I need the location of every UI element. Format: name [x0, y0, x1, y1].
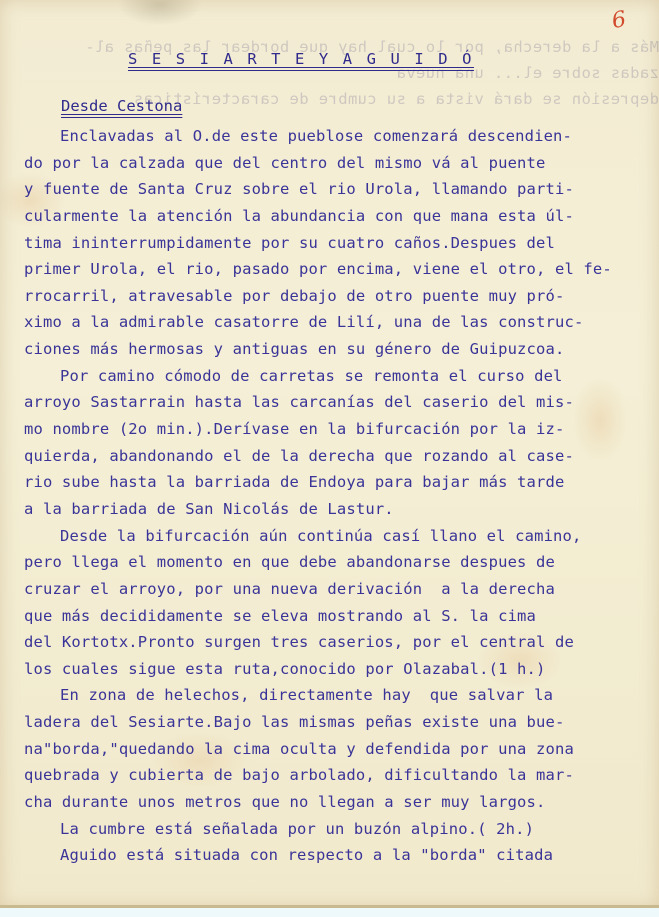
text-line: a la barriada de San Nicolás de Lastur.	[24, 496, 654, 523]
text-line: do por la calzada que del centro del mis…	[24, 150, 654, 177]
text-line: Por camino cómodo de carretas se remonta…	[24, 363, 654, 390]
text-line: rrocarril, atravesable por debajo de otr…	[24, 283, 654, 310]
page-number-mark: 6	[610, 7, 628, 34]
text-line: rio sube hasta la barriada de Endoya par…	[24, 469, 654, 496]
body-text: Enclavadas al O.de este pueblose comenza…	[24, 123, 654, 869]
text-line: y fuente de Santa Cruz sobre el rio Urol…	[24, 176, 654, 203]
text-line: que más decididamente se eleva mostrando…	[24, 603, 654, 630]
text-line: na"borda,"quedando la cima oculta y defe…	[24, 736, 654, 763]
text-line: tima ininterrumpidamente por su cuatro c…	[24, 230, 654, 257]
text-line: En zona de helechos, directamente hay qu…	[24, 682, 654, 709]
text-line: La cumbre está señalada por un buzón alp…	[24, 816, 654, 843]
text-line: quierda, abandonando el de la derecha qu…	[24, 443, 654, 470]
text-line: ximo a la admirable casatorre de Lilí, u…	[24, 309, 654, 336]
text-line: Enclavadas al O.de este pueblose comenza…	[24, 123, 654, 150]
section-heading: Desde Cestona	[61, 97, 182, 115]
page-title: S E S I A R T E Y A G U I D Ó	[128, 50, 474, 68]
text-line: primer Urola, el rio, pasado por encima,…	[24, 256, 654, 283]
text-line: arroyo Sastarrain hasta las carcanías de…	[24, 389, 654, 416]
text-line: ciones más hermosas y antiguas en su gén…	[24, 336, 654, 363]
text-line: pero llega el momento en que debe abando…	[24, 549, 654, 576]
text-line: quebrada y cubierta de bajo arbolado, di…	[24, 762, 654, 789]
typewritten-page: Más a la derecha, por lo cual hay que bo…	[0, 0, 659, 908]
text-line: cha durante unos metros que no llegan a …	[24, 789, 654, 816]
text-line: los cuales sigue esta ruta,conocido por …	[24, 656, 654, 683]
text-line: Aguido está situada con respecto a la "b…	[24, 842, 654, 869]
text-line: mo nombre (2o min.).Derívase en la bifur…	[24, 416, 654, 443]
page-edge	[0, 905, 659, 908]
text-line: cruzar el arroyo, por una nueva derivaci…	[24, 576, 654, 603]
text-line: ladera del Sesiarte.Bajo las mismas peña…	[24, 709, 654, 736]
text-line: del Kortotx.Pronto surgen tres caserios,…	[24, 629, 654, 656]
text-line: Desde la bifurcación aún continúa casí l…	[24, 523, 654, 550]
text-line: cularmente la atención la abundancia con…	[24, 203, 654, 230]
